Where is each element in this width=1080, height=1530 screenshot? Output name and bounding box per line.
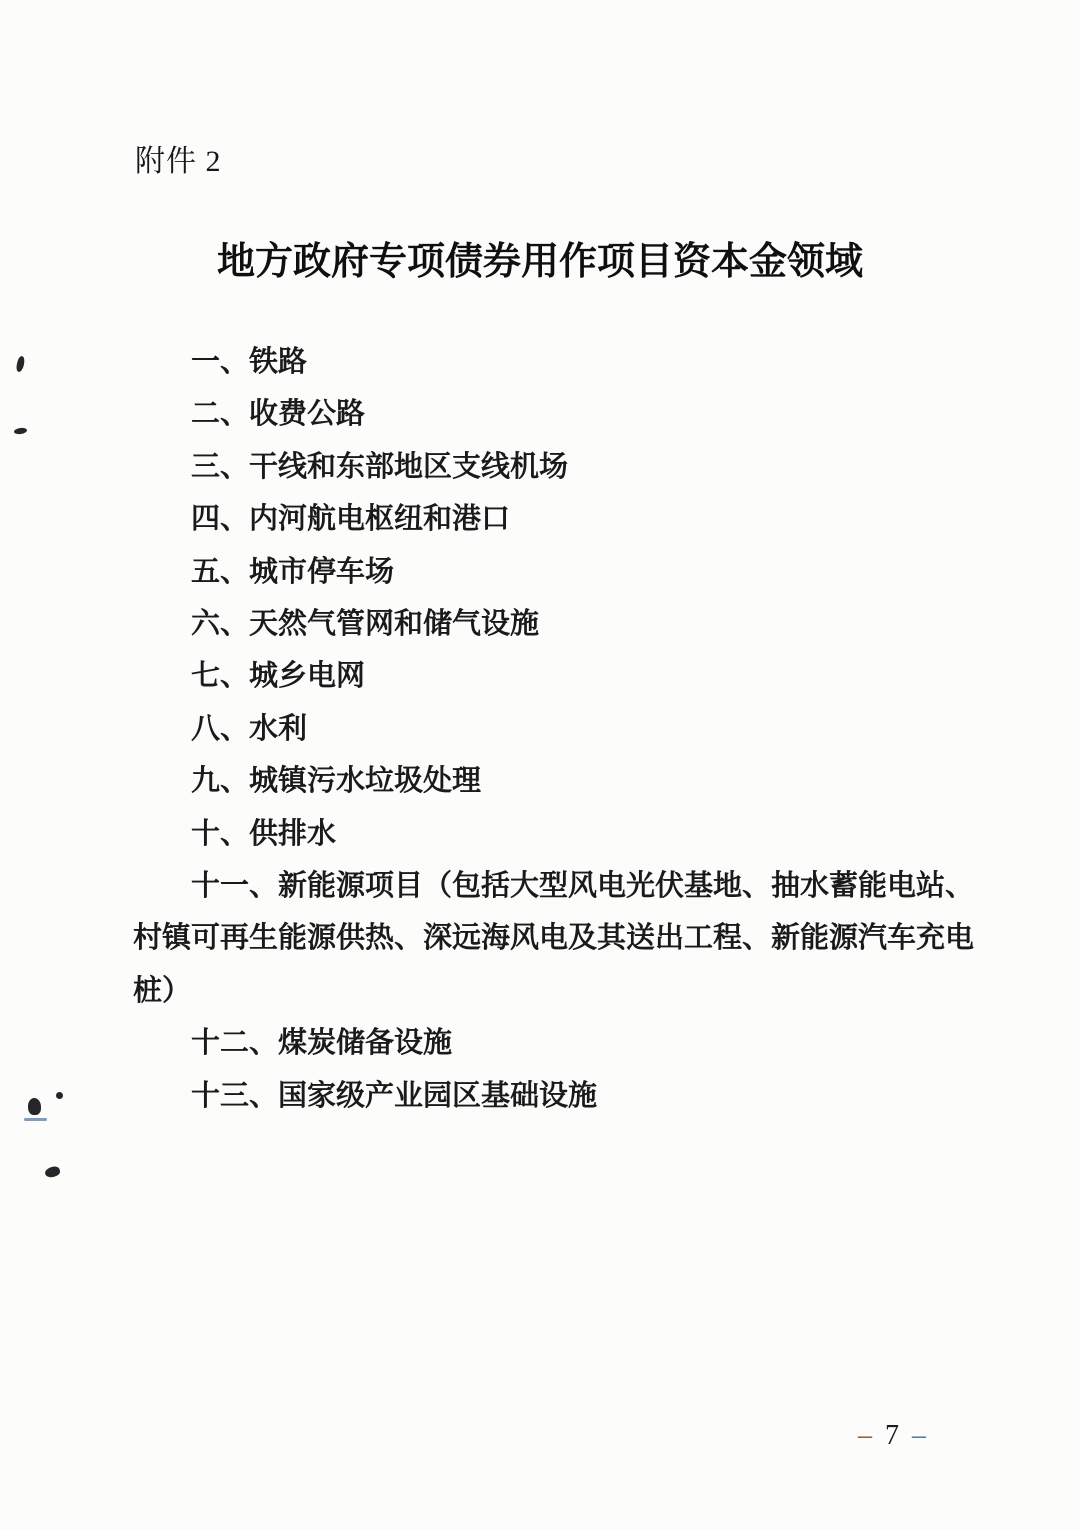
ink-speck	[44, 1165, 61, 1178]
page-title: 地方政府专项债券用作项目资本金领域	[0, 230, 1080, 285]
list-item: 六、天然气管网和储气设施	[133, 598, 974, 650]
item-list: 一、铁路 二、收费公路 三、干线和东部地区支线机场 四、内河航电枢纽和港口 五、…	[133, 336, 974, 1122]
document-page: 附件 2 地方政府专项债券用作项目资本金领域 一、铁路 二、收费公路 三、干线和…	[0, 0, 1080, 1530]
ink-speck	[24, 1118, 47, 1121]
list-item: 二、收费公路	[133, 388, 974, 440]
ink-speck	[14, 427, 28, 435]
page-footer: – 7 –	[858, 1420, 926, 1452]
list-item: 五、城市停车场	[133, 546, 974, 598]
list-item: 十三、国家级产业园区基础设施	[133, 1070, 974, 1122]
ink-speck	[56, 1092, 63, 1099]
list-item: 三、干线和东部地区支线机场	[133, 441, 974, 493]
list-item: 四、内河航电枢纽和港口	[133, 493, 974, 545]
footer-dash-right: –	[912, 1423, 926, 1449]
list-item: 十、供排水	[133, 808, 974, 860]
ink-speck	[15, 355, 26, 372]
list-item: 八、水利	[133, 703, 974, 755]
footer-dash-left: –	[858, 1423, 872, 1449]
list-item: 七、城乡电网	[133, 650, 974, 702]
list-item: 一、铁路	[133, 336, 974, 388]
attachment-label: 附件 2	[135, 136, 222, 180]
list-item: 十二、煤炭储备设施	[133, 1017, 974, 1069]
ink-speck	[28, 1098, 41, 1115]
list-item: 九、城镇污水垃圾处理	[133, 755, 974, 807]
list-item: 十一、新能源项目（包括大型风电光伏基地、抽水蓄能电站、村镇可再生能源供热、深远海…	[133, 860, 974, 1017]
page-number: 7	[885, 1420, 899, 1452]
